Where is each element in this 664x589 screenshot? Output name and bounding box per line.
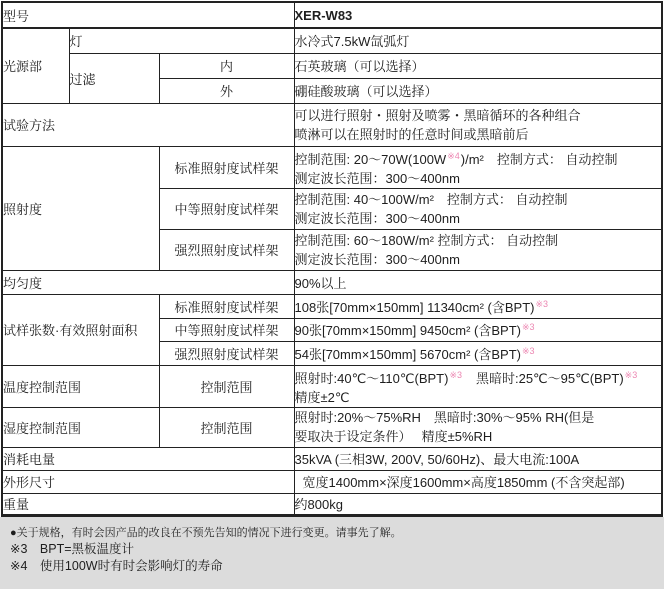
irradiance-intense-line2: 测定波长范围：300～400nm: [295, 250, 662, 269]
dimensions-value: 宽度1400mm×深度1600mm×高度1850mm (不含突起部): [294, 470, 662, 493]
spec-page: 型号 XER-W83 光源部 灯 水冷式7.5kW氙弧灯 过滤 内 石英玻璃（可…: [0, 0, 664, 589]
footnote-ref-4: ※4: [446, 151, 461, 161]
irradiance-standard-line1: 控制范围: 20～70W(100W※4)/m² 控制方式： 自动控制: [295, 147, 662, 169]
samples-medium-text: 90张[70mm×150mm] 9450cm² (含BPT): [295, 323, 522, 338]
footer-disclaimer: ●关于规格，有时会因产品的改良在不预先告知的情况下进行变更。请事先了解。: [10, 526, 654, 540]
temperature-line1: 照射时:40℃～110℃(BPT)※3 黑暗时:25℃～95℃(BPT)※3: [295, 366, 662, 388]
test-method-label: 试验方法: [2, 103, 294, 146]
test-method-line2: 喷淋可以在照射时的任意时间或黑暗前后: [295, 125, 662, 144]
irradiance-standard-value: 控制范围: 20～70W(100W※4)/m² 控制方式： 自动控制 测定波长范…: [294, 146, 662, 188]
row-lamp: 光源部 灯 水冷式7.5kW氙弧灯: [2, 28, 662, 53]
humidity-value: 照射时:20%～75%RH 黑暗时:30%～95% RH(但是 要取决于设定条件…: [294, 407, 662, 447]
samples-intense-rack: 强烈照射度试样架: [159, 341, 294, 365]
temperature-dark: 黑暗时:25℃～95℃(BPT): [463, 371, 624, 386]
uniformity-label: 均匀度: [2, 270, 294, 294]
row-temperature: 温度控制范围 控制范围 照射时:40℃～110℃(BPT)※3 黑暗时:25℃～…: [2, 365, 662, 407]
footnote-ref-3: ※3: [521, 322, 536, 332]
row-test-method: 试验方法 可以进行照射・照射及喷雾・黑暗循环的各种组合 喷淋可以在照射时的任意时…: [2, 103, 662, 146]
irradiance-medium-value: 控制范围: 40～100W/m² 控制方式： 自动控制 测定波长范围：300～4…: [294, 188, 662, 229]
humidity-sub-label: 控制范围: [159, 407, 294, 447]
footer-notes: ●关于规格，有时会因产品的改良在不预先告知的情况下进行变更。请事先了解。 ※3 …: [0, 517, 664, 589]
filter-outer-value: 硼硅酸玻璃（可以选择）: [294, 78, 662, 103]
samples-standard-value: 108张[70mm×150mm] 11340cm² (含BPT)※3: [294, 294, 662, 318]
row-power: 消耗电量 35kVA (三相3W, 200V, 50/60Hz)、最大电流:10…: [2, 447, 662, 470]
footnote-ref-3: ※3: [448, 370, 463, 380]
test-method-line1: 可以进行照射・照射及喷雾・黑暗循环的各种组合: [295, 106, 662, 125]
irradiance-medium-line2: 测定波长范围：300～400nm: [295, 209, 662, 228]
irradiance-medium-line1: 控制范围: 40～100W/m² 控制方式： 自动控制: [295, 190, 662, 209]
footnote-3-definition: ※3 BPT=黑板温度计: [10, 542, 654, 557]
footnote-ref-3: ※3: [534, 299, 549, 309]
dimensions-label: 外形尺寸: [2, 470, 294, 493]
weight-label: 重量: [2, 493, 294, 515]
lamp-label: 灯: [69, 28, 294, 53]
samples-standard-rack: 标准照射度试样架: [159, 294, 294, 318]
irradiance-standard-mode: )/m² 控制方式： 自动控制: [461, 152, 618, 167]
footnote-ref-3: ※3: [624, 370, 639, 380]
samples-standard-text: 108张[70mm×150mm] 11340cm² (含BPT): [295, 300, 535, 315]
samples-intense-value: 54张[70mm×150mm] 5670cm² (含BPT)※3: [294, 341, 662, 365]
row-dimensions: 外形尺寸 宽度1400mm×深度1600mm×高度1850mm (不含突起部): [2, 470, 662, 493]
row-model: 型号 XER-W83: [2, 2, 662, 28]
irradiance-intense-line1: 控制范围: 60～180W/m² 控制方式： 自动控制: [295, 231, 662, 250]
filter-inner-label: 内: [159, 53, 294, 78]
row-weight: 重量 约800kg: [2, 493, 662, 515]
test-method-value: 可以进行照射・照射及喷雾・黑暗循环的各种组合 喷淋可以在照射时的任意时间或黑暗前…: [294, 103, 662, 146]
temperature-value: 照射时:40℃～110℃(BPT)※3 黑暗时:25℃～95℃(BPT)※3 精…: [294, 365, 662, 407]
temperature-irradiation: 照射时:40℃～110℃(BPT): [295, 371, 449, 386]
row-filter-inner: 过滤 内 石英玻璃（可以选择）: [2, 53, 662, 78]
row-uniformity: 均匀度 90%以上: [2, 270, 662, 294]
lamp-value: 水冷式7.5kW氙弧灯: [294, 28, 662, 53]
footnote-4-definition: ※4 使用100W时有时会影响灯的寿命: [10, 559, 654, 574]
power-label: 消耗电量: [2, 447, 294, 470]
samples-label: 试样张数·有效照射面积: [2, 294, 159, 365]
samples-medium-value: 90张[70mm×150mm] 9450cm² (含BPT)※3: [294, 318, 662, 341]
power-value: 35kVA (三相3W, 200V, 50/60Hz)、最大电流:100A: [294, 447, 662, 470]
humidity-label: 湿度控制范围: [2, 407, 159, 447]
irradiance-intense-rack: 强烈照射度试样架: [159, 229, 294, 270]
uniformity-value: 90%以上: [294, 270, 662, 294]
irradiance-medium-rack: 中等照射度试样架: [159, 188, 294, 229]
temperature-sub-label: 控制范围: [159, 365, 294, 407]
row-humidity: 湿度控制范围 控制范围 照射时:20%～75%RH 黑暗时:30%～95% RH…: [2, 407, 662, 447]
irradiance-standard-range: 控制范围: 20～70W(100W: [295, 152, 447, 167]
light-source-label: 光源部: [2, 28, 69, 103]
filter-outer-label: 外: [159, 78, 294, 103]
irradiance-standard-line2: 测定波长范围：300～400nm: [295, 169, 662, 188]
row-samples-standard: 试样张数·有效照射面积 标准照射度试样架 108张[70mm×150mm] 11…: [2, 294, 662, 318]
footnote-ref-3: ※3: [521, 346, 536, 356]
model-value: XER-W83: [294, 2, 662, 28]
row-irradiance-standard: 照射度 标准照射度试样架 控制范围: 20～70W(100W※4)/m² 控制方…: [2, 146, 662, 188]
irradiance-standard-rack: 标准照射度试样架: [159, 146, 294, 188]
temperature-label: 温度控制范围: [2, 365, 159, 407]
humidity-line2: 要取决于设定条件） 精度±5%RH: [295, 427, 662, 446]
filter-label: 过滤: [69, 53, 159, 103]
temperature-line2: 精度±2℃: [295, 388, 662, 407]
model-label: 型号: [2, 2, 294, 28]
spec-table: 型号 XER-W83 光源部 灯 水冷式7.5kW氙弧灯 过滤 内 石英玻璃（可…: [1, 1, 663, 517]
irradiance-intense-value: 控制范围: 60～180W/m² 控制方式： 自动控制 测定波长范围：300～4…: [294, 229, 662, 270]
weight-value: 约800kg: [294, 493, 662, 515]
irradiance-label: 照射度: [2, 146, 159, 270]
samples-intense-text: 54张[70mm×150mm] 5670cm² (含BPT): [295, 347, 522, 362]
filter-inner-value: 石英玻璃（可以选择）: [294, 53, 662, 78]
humidity-line1: 照射时:20%～75%RH 黑暗时:30%～95% RH(但是: [295, 408, 662, 427]
samples-medium-rack: 中等照射度试样架: [159, 318, 294, 341]
